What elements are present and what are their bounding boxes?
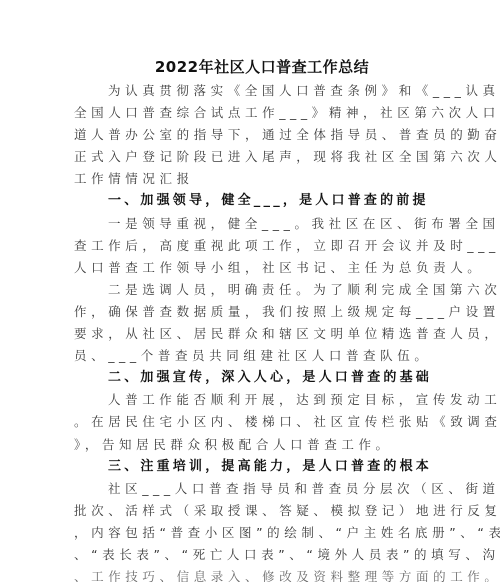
section-heading-2: 二、加强宣传，深入人心，是人口普查的基础 xyxy=(74,367,434,389)
section1-para2-line-1: 二是选调人员，明确责任。为了顺利完成全国第六次人口普查工 xyxy=(74,279,434,301)
section1-para2-line-3: 要求，从社区、居民群众和辖区文明单位精选普查人员，由___个指导 xyxy=(74,323,434,345)
section2-para-line-3: 》，告知居民群众积极配合人口普查工作。 xyxy=(74,434,434,456)
section1-para2-line-2: 作，确保普查数据质量，我们按照上级规定每___户设置一个普查员的 xyxy=(74,301,434,323)
section3-para-line-2: 批次、活样式（采取授课、答疑、模拟登记）地进行反复细致的培训 xyxy=(74,500,434,522)
intro-line-5: 工作情情况汇报 xyxy=(74,168,434,190)
section1-para1-line-2: 查工作后，高度重视此项工作，立即召开会议并及时___成立了第六次 xyxy=(74,235,434,257)
section3-para-line-4: 、“表长表”、“死亡人口表”、“境外人员表”的填写、沟通方法 xyxy=(74,544,434,566)
intro-line-1: 为认真贯彻落实《全国人口普查条例》和《___认真做好市第六次 xyxy=(74,80,434,102)
section3-para-line-1: 社区___人口普查指导员和普查员分层次（区、街道、社区）、多 xyxy=(74,478,434,500)
document-body: 为认真贯彻落实《全国人口普查条例》和《___认真做好市第六次 全国人口普查综合试… xyxy=(74,80,434,582)
section-heading-1: 一、加强领导，健全___，是人口普查的前提 xyxy=(74,190,434,212)
document-page: 2022年社区人口普查工作总结 为认真贯彻落实《全国人口普查条例》和《___认真… xyxy=(0,0,500,582)
section1-para1-line-3: 人口普查工作领导小组，社区书记、主任为总负责人。 xyxy=(74,257,434,279)
intro-line-3: 道人普办公室的指导下，通过全体指导员、普查员的勤奋工作，目前 xyxy=(74,124,434,146)
section3-para-line-3: ，内容包括“普查小区图”的绘制、“户主姓名底册”、“表短表” xyxy=(74,522,434,544)
section2-para-line-1: 人普工作能否顺利开展，达到预定目标，宣传发动工作非常重要 xyxy=(74,389,434,411)
section-heading-3: 三、注重培训，提高能力，是人口普查的根本 xyxy=(74,456,434,478)
intro-line-4: 正式入户登记阶段已进入尾声，现将我社区全国第六次人口普查前期 xyxy=(74,146,434,168)
section3-para-line-5: 、工作技巧、信息录入、修改及资料整理等方面的工作。通过培训， xyxy=(74,566,434,582)
section2-para-line-2: 。在居民住宅小区内、楼梯口、社区宣传栏张贴《致调查户的一封信 xyxy=(74,411,434,433)
section1-para2-line-4: 员、___个普查员共同组建社区人口普查队伍。 xyxy=(74,345,434,367)
section1-para1-line-1: 一是领导重视，健全___。我社区在区、街布署全国第六次人口普 xyxy=(74,213,434,235)
document-title: 2022年社区人口普查工作总结 xyxy=(0,57,500,77)
intro-line-2: 全国人口普查综合试点工作___》精神，社区第六次人口普查工作在街 xyxy=(74,102,434,124)
